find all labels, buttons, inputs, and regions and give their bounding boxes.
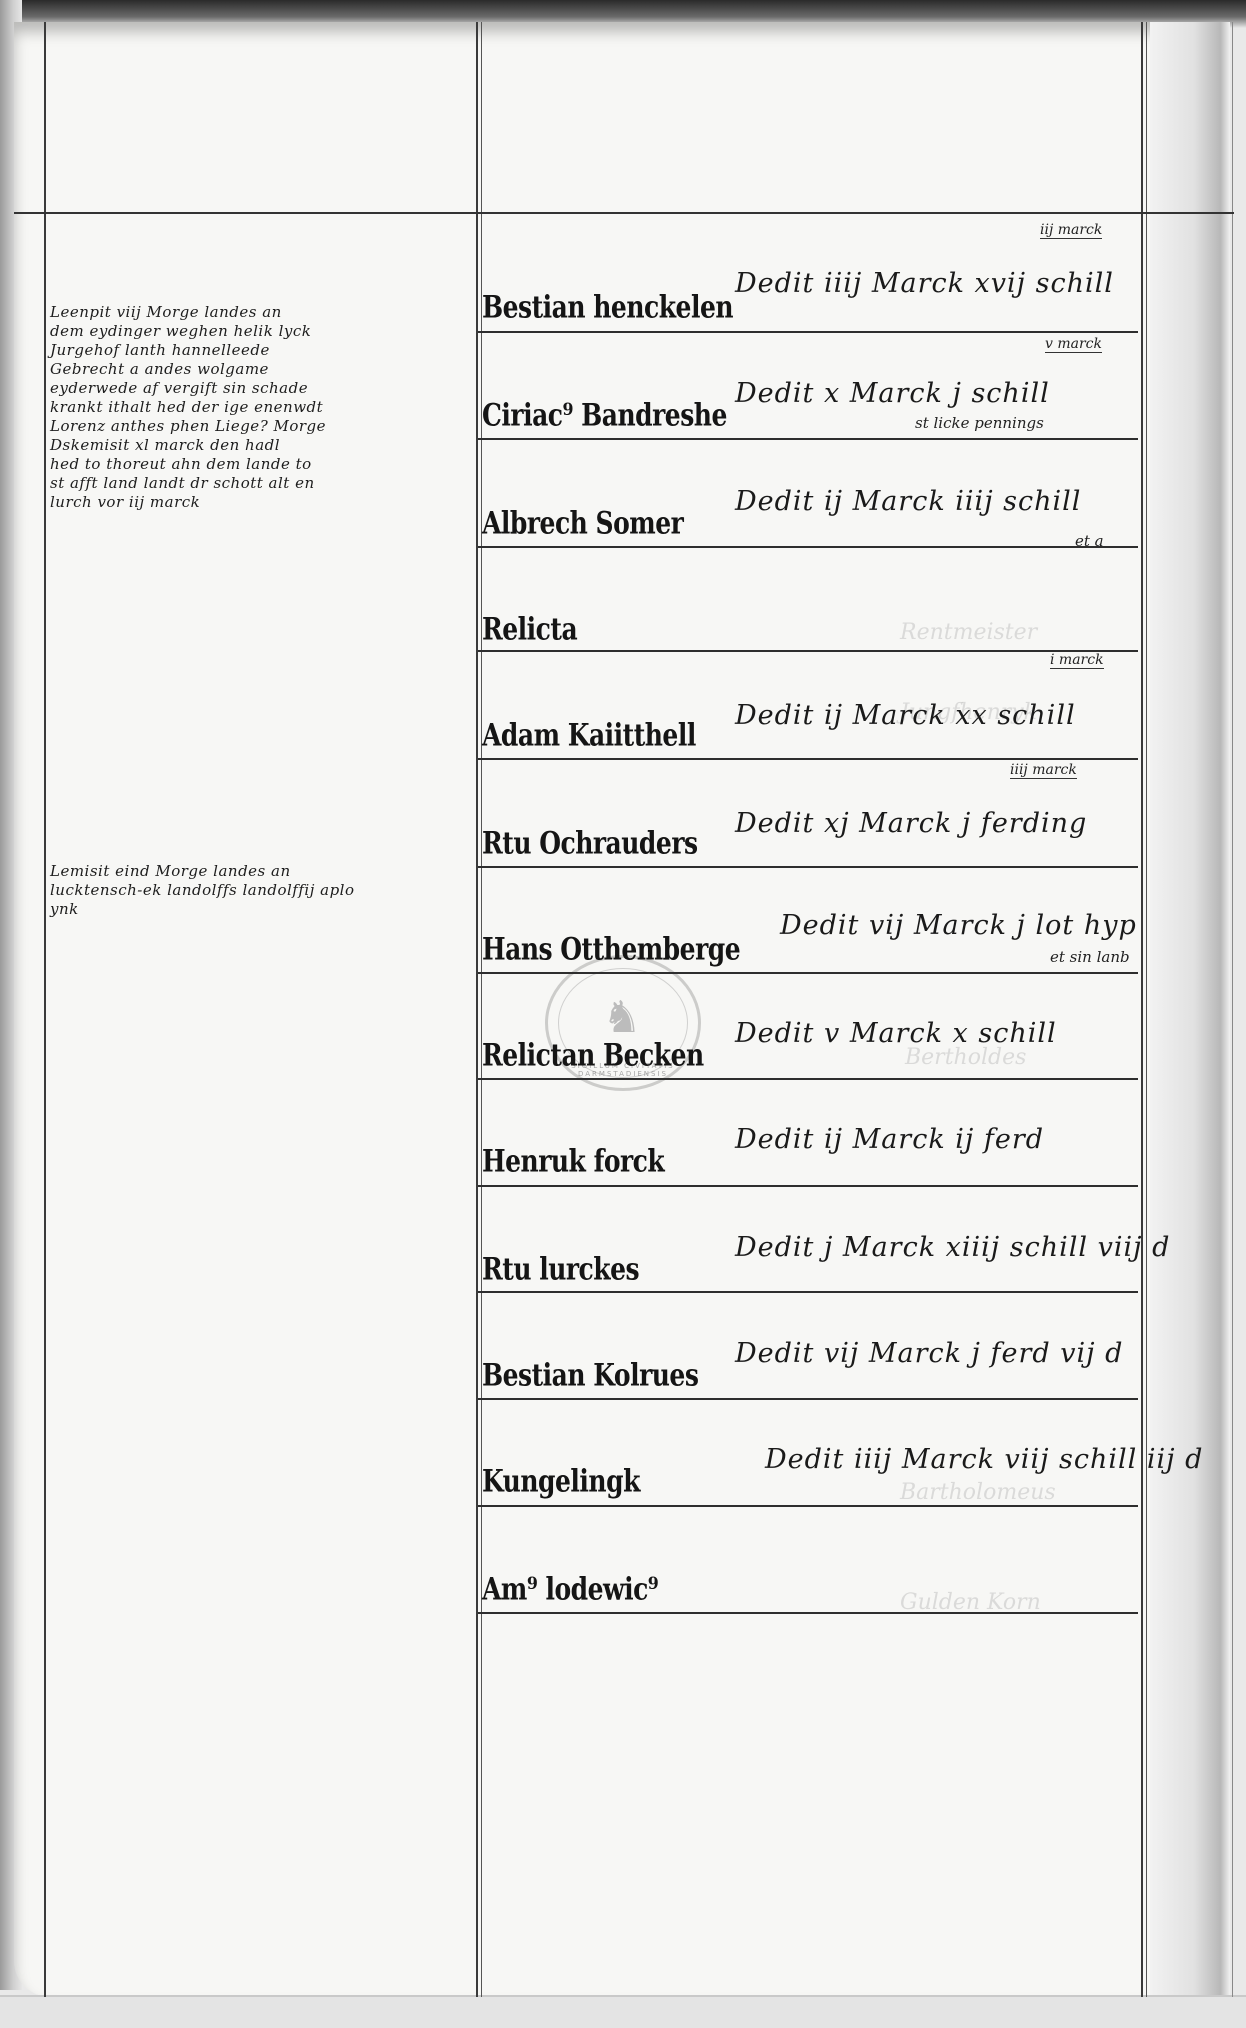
taxpayer-name: Kungelingk bbox=[482, 1463, 640, 1499]
payment-superscript: v marck bbox=[1045, 336, 1102, 353]
taxpayer-name: Rtu Ochrauders bbox=[482, 825, 698, 861]
taxpayer-name: Bestian henckelen bbox=[482, 289, 733, 325]
payment-entry: Dedit iiij Marck xvij schill bbox=[735, 268, 1114, 299]
row-rule bbox=[478, 1398, 1138, 1400]
left-margin-rule bbox=[44, 22, 46, 1997]
marginal-line: dem eydinger weghen helik lyck bbox=[50, 322, 470, 341]
payment-entry: Dedit vij Marck j ferd vij d bbox=[735, 1338, 1123, 1369]
payment-entry: Dedit x Marck j schill bbox=[735, 378, 1050, 409]
bleed-through-text: Rentmeister bbox=[900, 620, 1037, 645]
marginal-line: lucktensch-ek landolffs landolffij aplo bbox=[50, 881, 470, 900]
marginal-line: Dskemisit xl marck den hadl bbox=[50, 436, 470, 455]
payment-superscript: iij marck bbox=[1040, 222, 1102, 239]
marginal-line: Lemisit eind Morge landes an bbox=[50, 862, 470, 881]
row-rule bbox=[478, 1078, 1138, 1080]
scan-bottom-edge bbox=[0, 1995, 1246, 2028]
row-rule bbox=[478, 1291, 1138, 1293]
row-rule bbox=[478, 1185, 1138, 1187]
marginal-line: lurch vor iij marck bbox=[50, 493, 470, 512]
marginal-line: eyderwede af vergift sin schade bbox=[50, 379, 470, 398]
page-fold bbox=[1150, 22, 1230, 2002]
payment-annotation: et sin lanb bbox=[1050, 948, 1130, 966]
row-rule bbox=[478, 758, 1138, 760]
payment-annotation: st licke pennings bbox=[915, 414, 1044, 432]
payment-entry: Dedit ij Marck ij ferd bbox=[735, 1124, 1044, 1155]
payment-entry: Dedit j Marck xiiij schill viij d bbox=[735, 1232, 1170, 1263]
taxpayer-name: Relicta bbox=[482, 611, 577, 647]
payment-entry: Dedit v Marck x schill bbox=[735, 1018, 1057, 1049]
row-rule bbox=[478, 972, 1138, 974]
payment-superscript: i marck bbox=[1050, 652, 1104, 669]
taxpayer-name: Hans Otthemberge bbox=[482, 931, 740, 967]
taxpayer-name: Albrech Somer bbox=[482, 505, 683, 541]
row-rule bbox=[478, 438, 1138, 440]
marginal-line: Jurgehof lanth hannelleede bbox=[50, 341, 470, 360]
taxpayer-name: Rtu lurckes bbox=[482, 1251, 639, 1287]
row-rule bbox=[478, 331, 1138, 333]
row-rule bbox=[478, 1505, 1138, 1507]
marginal-note-1: Leenpit viij Morge landes an dem eydinge… bbox=[50, 303, 470, 512]
payment-entry: Dedit vij Marck j lot hyp bbox=[780, 910, 1137, 941]
taxpayer-name: Relictan Becken bbox=[482, 1037, 704, 1073]
payment-entry: Dedit ij Marck iiij schill bbox=[735, 486, 1081, 517]
row-rule bbox=[478, 1612, 1138, 1614]
header-rule bbox=[14, 212, 1234, 214]
marginal-line: krankt ithalt hed der ige enenwdt bbox=[50, 398, 470, 417]
marginal-line: st afft land landt dr schott alt en bbox=[50, 474, 470, 493]
payment-entry: Dedit xj Marck j ferding bbox=[735, 808, 1087, 839]
taxpayer-name: Henruk forck bbox=[482, 1143, 664, 1179]
row-rule bbox=[478, 546, 1138, 548]
marginal-line: Leenpit viij Morge landes an bbox=[50, 303, 470, 322]
marginal-line: Gebrecht a andes wolgame bbox=[50, 360, 470, 379]
taxpayer-name: Ciriac⁹ Bandreshe bbox=[482, 397, 727, 433]
taxpayer-name: Am⁹ lodewic⁹ bbox=[482, 1571, 658, 1607]
payment-entry: Dedit ij Marck xx schill bbox=[735, 700, 1076, 731]
marginal-line: Lorenz anthes phen Liege? Morge bbox=[50, 417, 470, 436]
payment-entry: Dedit iiij Marck viij schill iij d bbox=[765, 1444, 1203, 1475]
marginal-line: ynk bbox=[50, 900, 470, 919]
payments-column-rule bbox=[1141, 22, 1143, 1997]
taxpayer-name: Bestian Kolrues bbox=[482, 1357, 698, 1393]
payment-superscript: iiij marck bbox=[1010, 762, 1077, 779]
marginal-note-2: Lemisit eind Morge landes an lucktensch-… bbox=[50, 862, 470, 919]
bleed-through-text: Bartholomeus bbox=[900, 1480, 1056, 1505]
manuscript-scan: Rentmeister Jungfhenryk Bertholdes Barth… bbox=[0, 0, 1246, 2028]
outer-edge-rule bbox=[1232, 22, 1233, 1997]
marginal-line: hed to thoreut ahn dem lande to bbox=[50, 455, 470, 474]
taxpayer-name: Adam Kaiitthell bbox=[482, 717, 696, 753]
row-rule bbox=[478, 866, 1138, 868]
payment-annotation: et a bbox=[1075, 532, 1104, 550]
names-column-rule bbox=[476, 22, 478, 1997]
row-rule bbox=[478, 650, 1138, 652]
